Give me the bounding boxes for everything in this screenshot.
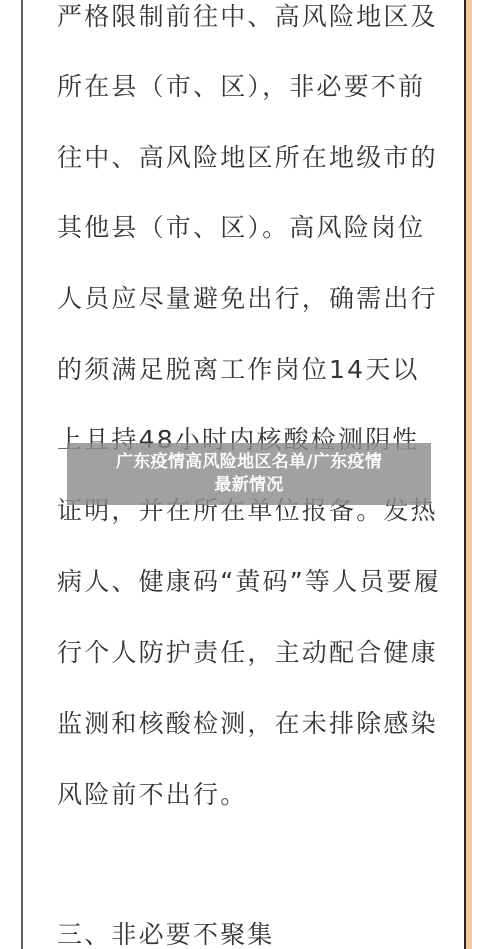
paragraph-line: 往中、高风险地区所在地级市的 [57,143,438,173]
paragraph-line: 所在县（市、区），非必要不前 [57,72,425,102]
page-accent-stripe [466,0,472,949]
overlay-title-line1: 广东疫情高风险地区名单/广东疫情 [116,451,382,474]
section-heading: 三、非必要不聚集 [57,920,275,949]
overlay-title-line2: 最新情况 [214,474,283,497]
paragraph-line: 其他县（市、区）。高风险岗位 [57,213,425,243]
paragraph-line: 的须满足脱离工作岗位14天以 [57,355,420,385]
paragraph-line: 严格限制前往中、高风险地区及 [57,2,438,32]
paragraph-line: 病人、健康码“黄码”等人员要履 [57,567,441,597]
title-overlay-banner: 广东疫情高风险地区名单/广东疫情 最新情况 [67,443,431,505]
paragraph-line: 人员应尽量避免出行，确需出行 [57,284,438,314]
paragraph-line: 监测和核酸检测，在未排除感染 [57,709,438,739]
page-border-left [21,0,23,949]
paragraph-line: 行个人防护责任，主动配合健康 [57,638,438,668]
paragraph-line: 风险前不出行。 [57,780,247,810]
